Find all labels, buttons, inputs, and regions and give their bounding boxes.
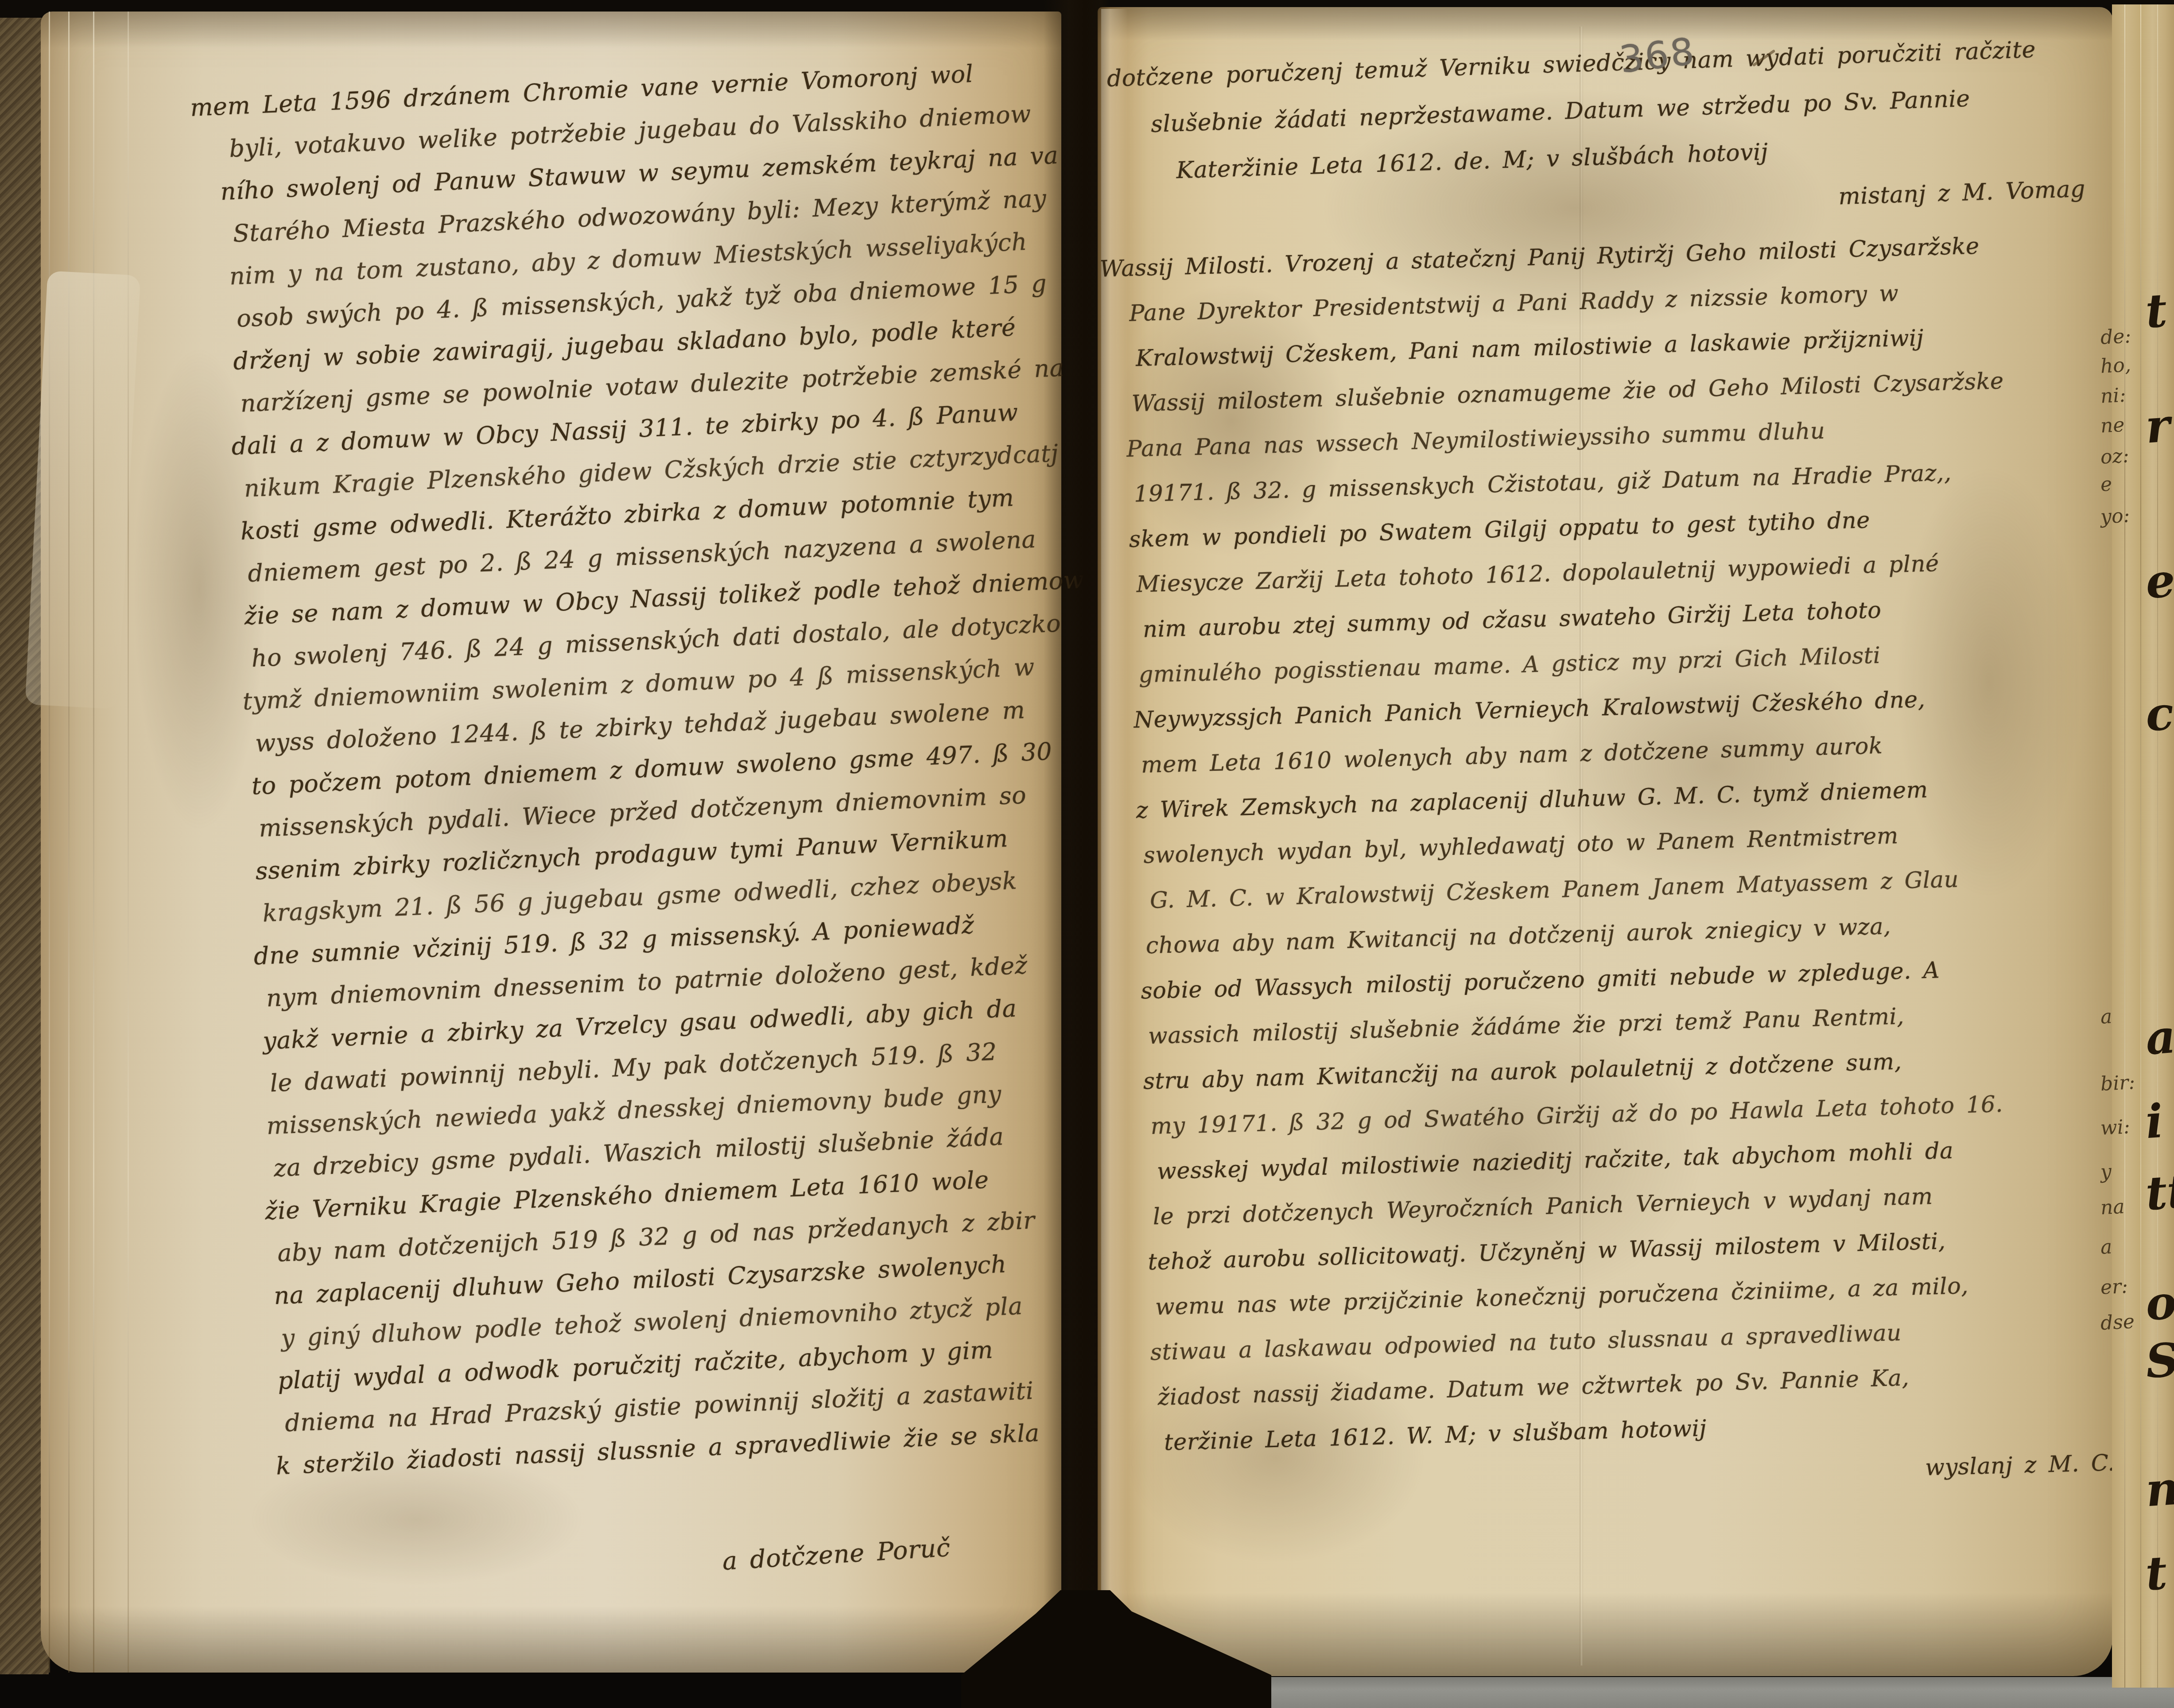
margin-fragment: dse (2100, 1310, 2135, 1335)
margin-fragment: bir: (2100, 1071, 2136, 1095)
margin-fragment: yo: (2100, 504, 2131, 528)
margin-fragment: a (2100, 1235, 2113, 1258)
margin-fragment: a (2100, 1005, 2113, 1028)
right-page-letter-text: Wassij Milosti. Vrozenj a statečznj Pani… (1106, 230, 2143, 1520)
edge-glyph: tt (2144, 1164, 2174, 1221)
edge-glyph: S (2144, 1332, 2174, 1389)
page-edge-line (128, 12, 129, 1673)
margin-fragment: ni: (2100, 384, 2127, 408)
margin-fragment: e (2100, 473, 2113, 496)
edge-glyph: n (2144, 1461, 2174, 1518)
letter-lines: Wassij Milosti. Vrozenj a statečznj Pani… (1106, 230, 2141, 1475)
margin-fragment: na (2100, 1196, 2125, 1219)
edge-glyph: i (2144, 1094, 2165, 1149)
edge-glyph: c (2144, 686, 2174, 742)
page-edge-line (93, 12, 94, 1673)
edge-glyph: e (2144, 553, 2174, 609)
margin-fragment: er: (2100, 1275, 2128, 1299)
manuscript-scan: mem Leta 1596 drzánem Chromie vane verni… (0, 0, 2174, 1708)
margin-fragment: de: (2100, 325, 2132, 349)
right-page-closing-text: dotčzene poručzenj temuž Verniku swiedčz… (1106, 34, 2113, 251)
repair-tape-patch (25, 271, 140, 709)
edge-glyph: r (2144, 398, 2172, 454)
left-page-text: mem Leta 1596 drzánem Chromie vane verni… (190, 56, 1127, 1496)
edge-glyph: t (2144, 1545, 2169, 1601)
page-edge-line (68, 12, 70, 1673)
table-surface (1218, 1677, 2174, 1708)
edge-glyph: a (2144, 1009, 2174, 1065)
edge-glyph: t (2144, 283, 2169, 338)
margin-fragment: oz: (2100, 444, 2130, 468)
gutter-shadow (1044, 0, 1110, 1708)
folio-number: 368 (1617, 29, 1698, 82)
edge-glyph: o (2144, 1275, 2174, 1331)
margin-fragment: ne (2100, 414, 2125, 438)
margin-fragment: ho, (2100, 353, 2131, 378)
margin-fragment: y (2100, 1160, 2112, 1183)
page-edge-line (49, 12, 50, 1673)
margin-fragment: wi: (2100, 1115, 2131, 1139)
cutoff-edge-glyphs: trecaittoSnt (2143, 0, 2174, 1708)
